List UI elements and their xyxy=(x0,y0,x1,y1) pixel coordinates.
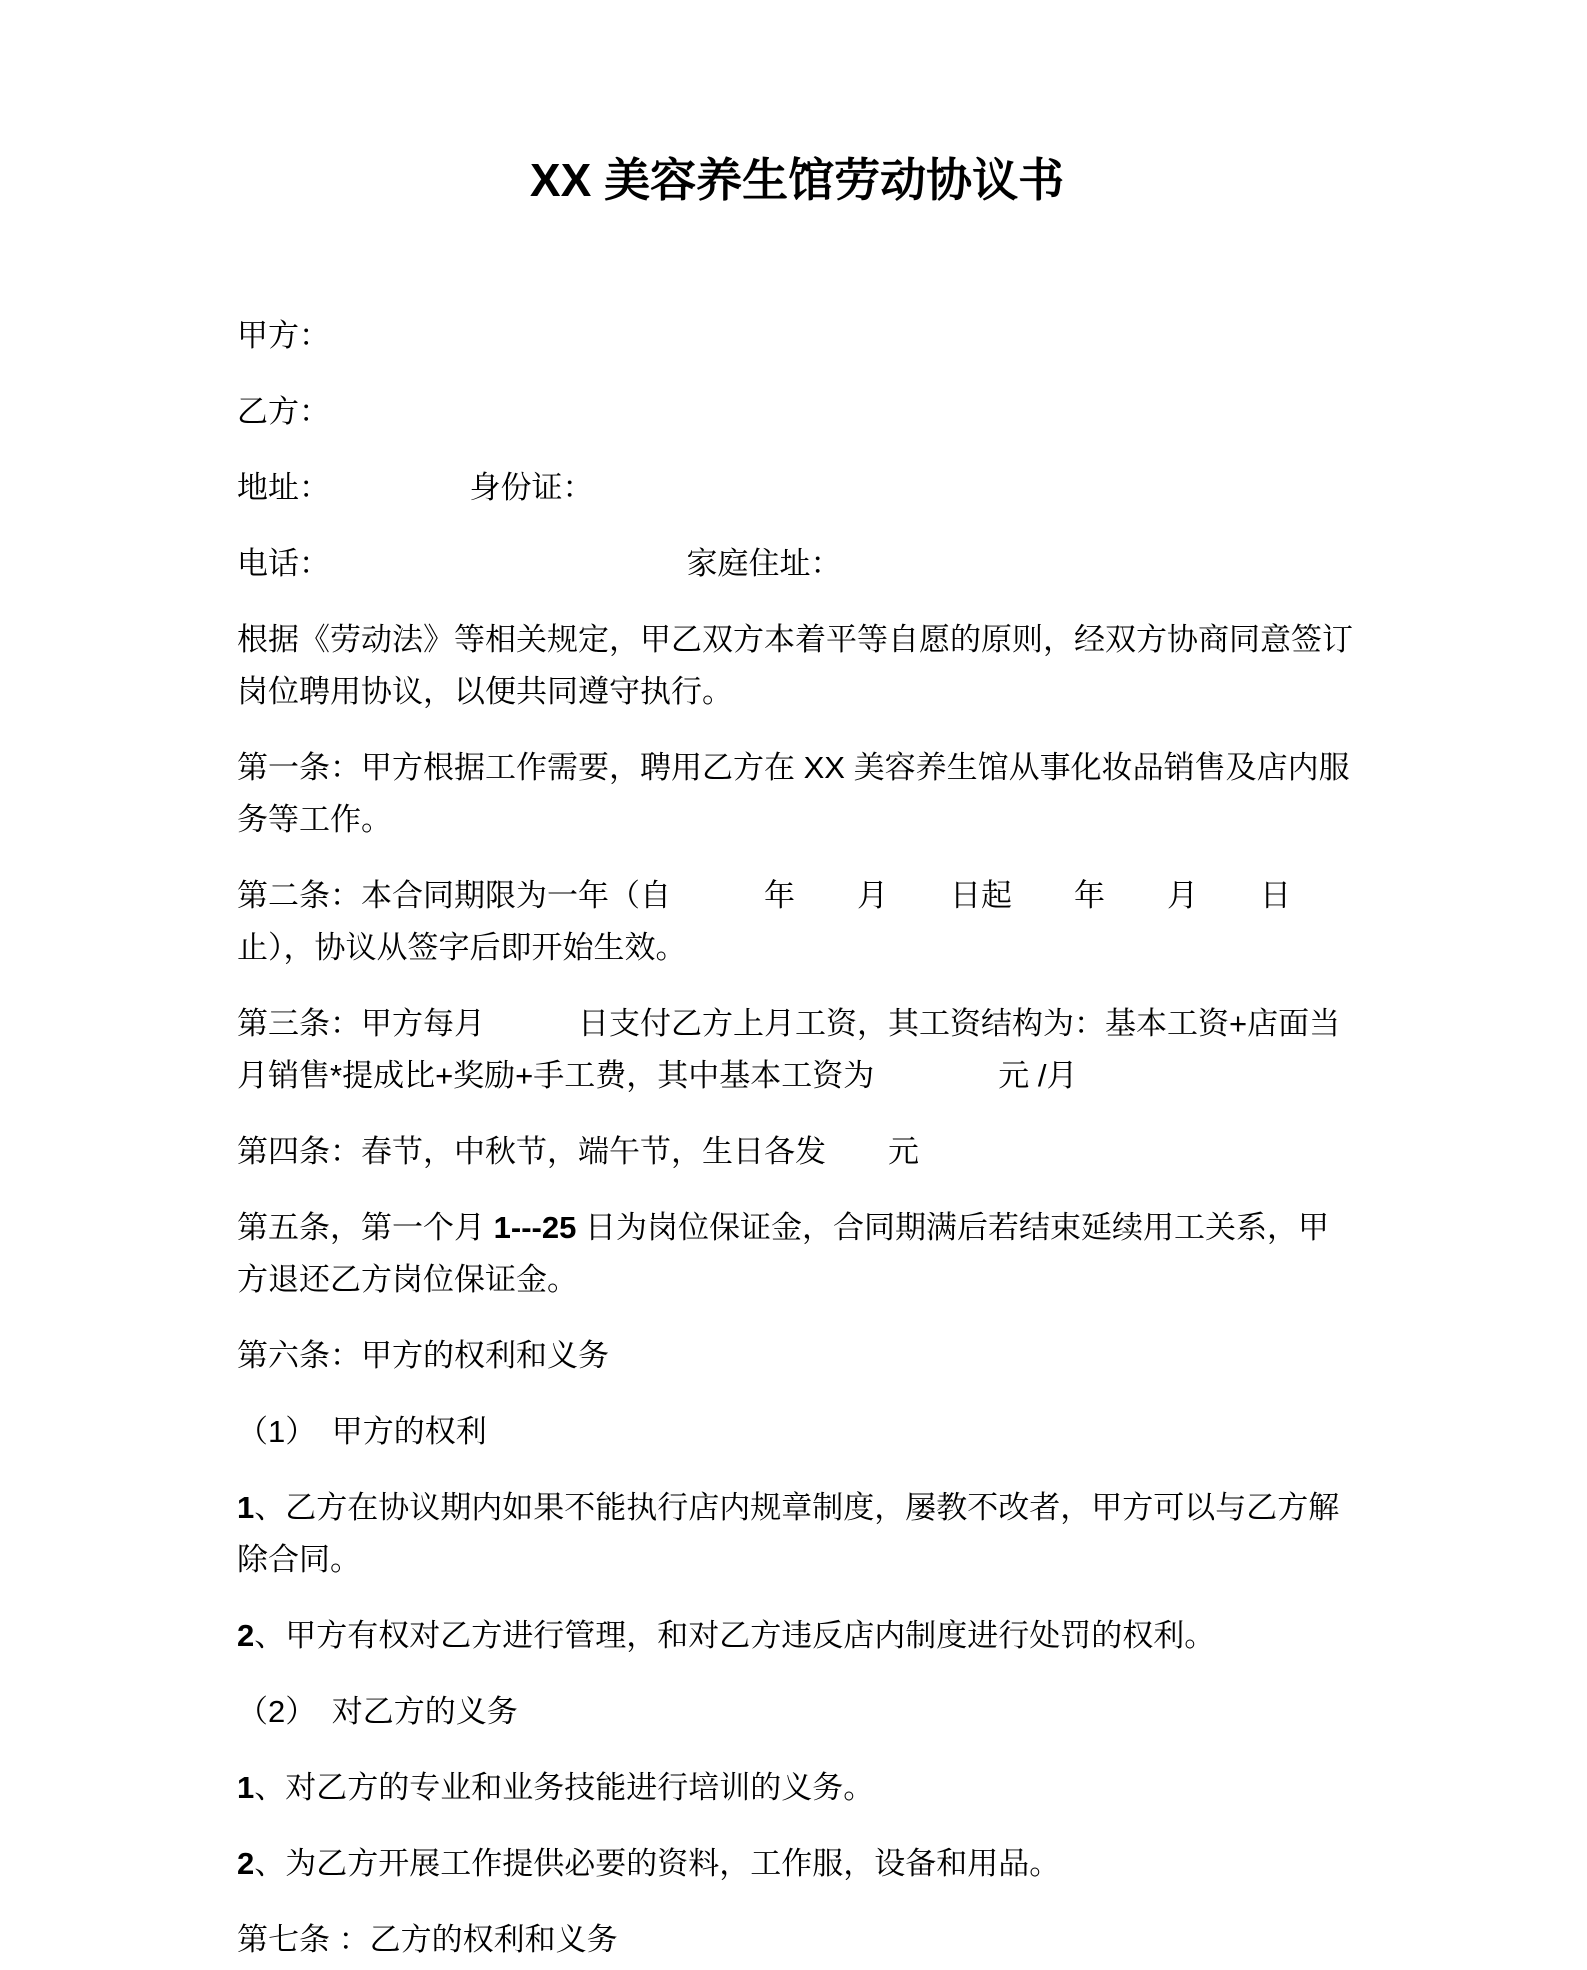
text-run: 2 xyxy=(237,1846,254,1881)
clause-6: 第六条：甲方的权利和义务 xyxy=(237,1330,1357,1382)
party-b-field: 乙方： xyxy=(237,386,1357,438)
clause-6-sub-1-item-2: 2、甲方有权对乙方进行管理，和对乙方违反店内制度进行处罚的权利。 xyxy=(237,1610,1357,1662)
phone-home-field: 电话： 家庭住址： xyxy=(237,538,1357,590)
text-run: 、乙方在协议期内如果不能执行店内规章制度，屡教不改者，甲方可以与乙方解除合同。 xyxy=(237,1490,1339,1577)
text-run: 、为乙方开展工作提供必要的资料，工作服，设备和用品。 xyxy=(254,1846,1060,1881)
clause-4: 第四条：春节，中秋节，端午节，生日各发 元 xyxy=(237,1126,1357,1178)
text-run: 第三条：甲方每月 日支付乙方上月工资，其工资结构为：基本工资+店面当月销售*提成… xyxy=(237,1006,1340,1093)
address-id-field: 地址： 身份证： xyxy=(237,462,1357,514)
text-run: 地址： 身份证： xyxy=(237,470,594,505)
text-run: 1 xyxy=(237,1770,254,1805)
text-run: 、甲方有权对乙方进行管理，和对乙方违反店内制度进行处罚的权利。 xyxy=(254,1618,1215,1653)
text-run: 第一条：甲方根据工作需要，聘用乙方在 XX 美容养生馆从事化妆品销售及店内服务等… xyxy=(237,750,1350,837)
text-run: 1---25 xyxy=(494,1210,577,1245)
text-run: 乙方： xyxy=(237,394,330,429)
text-run: （1） 甲方的权利 xyxy=(237,1414,487,1449)
clause-6-sub-2-item-2: 2、为乙方开展工作提供必要的资料，工作服，设备和用品。 xyxy=(237,1838,1357,1890)
text-run: 第六条：甲方的权利和义务 xyxy=(237,1338,609,1373)
clause-3: 第三条：甲方每月 日支付乙方上月工资，其工资结构为：基本工资+店面当月销售*提成… xyxy=(237,998,1357,1102)
document-body: 甲方：乙方：地址： 身份证：电话： 家庭住址：根据《劳动法》等相关规定，甲乙双方… xyxy=(237,310,1357,1966)
text-run: 第二条：本合同期限为一年（自 年 月 日起 年 月 日止），协议从签字后即开始生… xyxy=(237,878,1291,965)
text-run: 第四条：春节，中秋节，端午节，生日各发 元 xyxy=(237,1134,919,1169)
text-run: 根据《劳动法》等相关规定，甲乙双方本着平等自愿的原则，经双方协商同意签订岗位聘用… xyxy=(237,622,1353,709)
text-run: 、对乙方的专业和业务技能进行培训的义务。 xyxy=(254,1770,874,1805)
clause-7: 第七条 ：乙方的权利和义务 xyxy=(237,1914,1357,1966)
clause-6-sub-2-title: （2） 对乙方的义务 xyxy=(237,1686,1357,1738)
party-a-field: 甲方： xyxy=(237,310,1357,362)
clause-2: 第二条：本合同期限为一年（自 年 月 日起 年 月 日止），协议从签字后即开始生… xyxy=(237,870,1357,974)
clause-6-sub-1-item-1: 1、乙方在协议期内如果不能执行店内规章制度，屡教不改者，甲方可以与乙方解除合同。 xyxy=(237,1482,1357,1586)
text-run: （2） 对乙方的义务 xyxy=(237,1694,518,1729)
text-run: 甲方： xyxy=(237,318,330,353)
text-run: 2 xyxy=(237,1618,254,1653)
preamble: 根据《劳动法》等相关规定，甲乙双方本着平等自愿的原则，经双方协商同意签订岗位聘用… xyxy=(237,614,1357,718)
text-run: 第五条，第一个月 xyxy=(237,1210,494,1245)
text-run: 第七条 ：乙方的权利和义务 xyxy=(237,1922,618,1957)
clause-6-sub-2-item-1: 1、对乙方的专业和业务技能进行培训的义务。 xyxy=(237,1762,1357,1814)
text-run: 1 xyxy=(237,1490,254,1525)
document-page: XX 美容养生馆劳动协议书 甲方：乙方：地址： 身份证：电话： 家庭住址：根据《… xyxy=(237,0,1357,1966)
document-title: XX 美容养生馆劳动协议书 xyxy=(237,150,1357,210)
clause-6-sub-1-title: （1） 甲方的权利 xyxy=(237,1406,1357,1458)
clause-1: 第一条：甲方根据工作需要，聘用乙方在 XX 美容养生馆从事化妆品销售及店内服务等… xyxy=(237,742,1357,846)
clause-5: 第五条，第一个月 1---25 日为岗位保证金，合同期满后若结束延续用工关系，甲… xyxy=(237,1202,1357,1306)
text-run: 电话： 家庭住址： xyxy=(237,546,842,581)
